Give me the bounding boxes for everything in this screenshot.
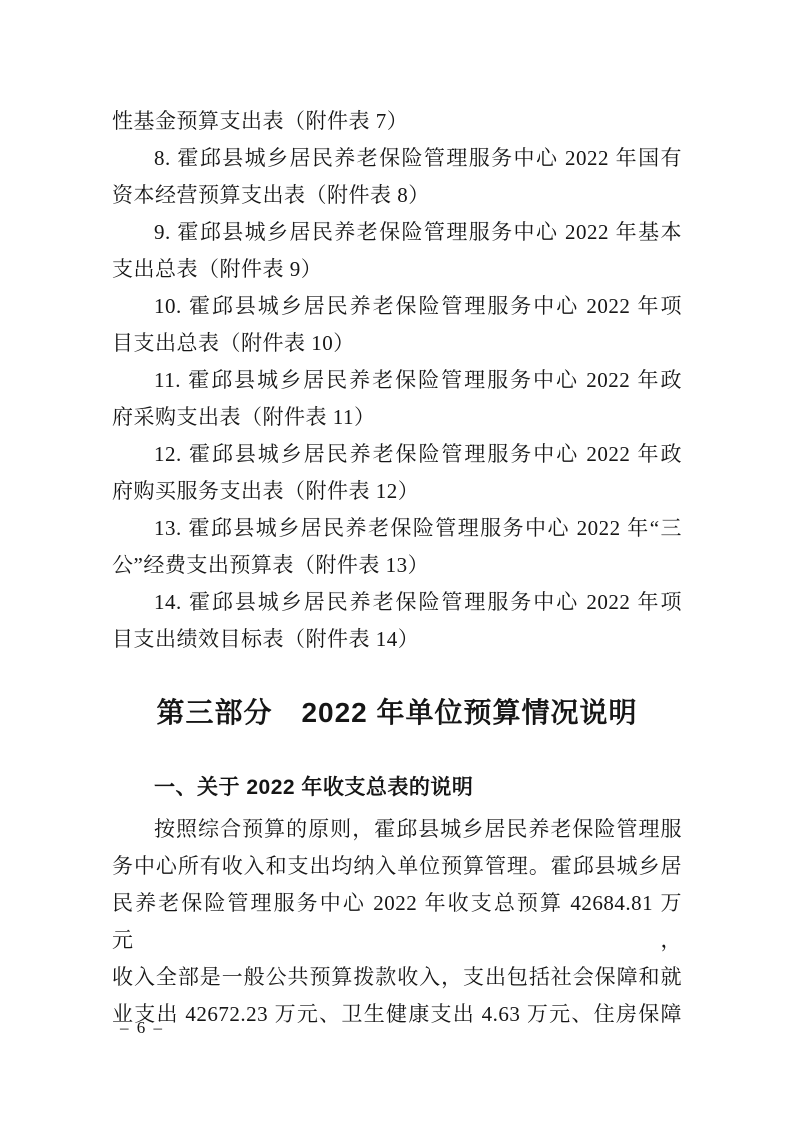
paragraph-line: 按照综合预算的原则，霍邱县城乡居民养老保险管理服 xyxy=(112,811,682,848)
list-line: 公”经费支出预算表（附件表 13） xyxy=(112,547,682,584)
section-heading: 第三部分 2022 年单位预算情况说明 xyxy=(112,691,682,735)
paragraph-line: 务中心所有收入和支出均纳入单位预算管理。霍邱县城乡居 xyxy=(112,848,682,885)
list-line: 10. 霍邱县城乡居民养老保险管理服务中心 2022 年项 xyxy=(112,288,682,325)
list-line: 目支出绩效目标表（附件表 14） xyxy=(112,621,682,658)
paragraph-line: 业支出 42672.23 万元、卫生健康支出 4.63 万元、住房保障 xyxy=(112,996,682,1033)
list-line: 14. 霍邱县城乡居民养老保险管理服务中心 2022 年项 xyxy=(112,584,682,621)
list-line: 13. 霍邱县城乡居民养老保险管理服务中心 2022 年“三 xyxy=(112,510,682,547)
list-line: 资本经营预算支出表（附件表 8） xyxy=(112,177,682,214)
list-line: 目支出总表（附件表 10） xyxy=(112,325,682,362)
paragraph-line: 民养老保险管理服务中心 2022 年收支总预算 42684.81 万元， xyxy=(112,885,682,959)
list-line: 9. 霍邱县城乡居民养老保险管理服务中心 2022 年基本 xyxy=(112,214,682,251)
list-line: 府购买服务支出表（附件表 12） xyxy=(112,473,682,510)
document-content: 性基金预算支出表（附件表 7） 8. 霍邱县城乡居民养老保险管理服务中心 202… xyxy=(112,103,682,1033)
list-line: 8. 霍邱县城乡居民养老保险管理服务中心 2022 年国有 xyxy=(112,140,682,177)
list-line: 12. 霍邱县城乡居民养老保险管理服务中心 2022 年政 xyxy=(112,436,682,473)
attachment-list: 性基金预算支出表（附件表 7） 8. 霍邱县城乡居民养老保险管理服务中心 202… xyxy=(112,103,682,658)
budget-paragraph: 按照综合预算的原则，霍邱县城乡居民养老保险管理服 务中心所有收入和支出均纳入单位… xyxy=(112,811,682,1033)
sub-heading: 一、关于 2022 年收支总表的说明 xyxy=(112,769,682,807)
list-line: 性基金预算支出表（附件表 7） xyxy=(112,103,682,140)
list-line: 11. 霍邱县城乡居民养老保险管理服务中心 2022 年政 xyxy=(112,362,682,399)
document-page: 性基金预算支出表（附件表 7） 8. 霍邱县城乡居民养老保险管理服务中心 202… xyxy=(0,0,794,1122)
list-line: 支出总表（附件表 9） xyxy=(112,251,682,288)
page-number-footer: – 6 – xyxy=(120,1013,164,1043)
list-line: 府采购支出表（附件表 11） xyxy=(112,399,682,436)
paragraph-line: 收入全部是一般公共预算拨款收入，支出包括社会保障和就 xyxy=(112,959,682,996)
